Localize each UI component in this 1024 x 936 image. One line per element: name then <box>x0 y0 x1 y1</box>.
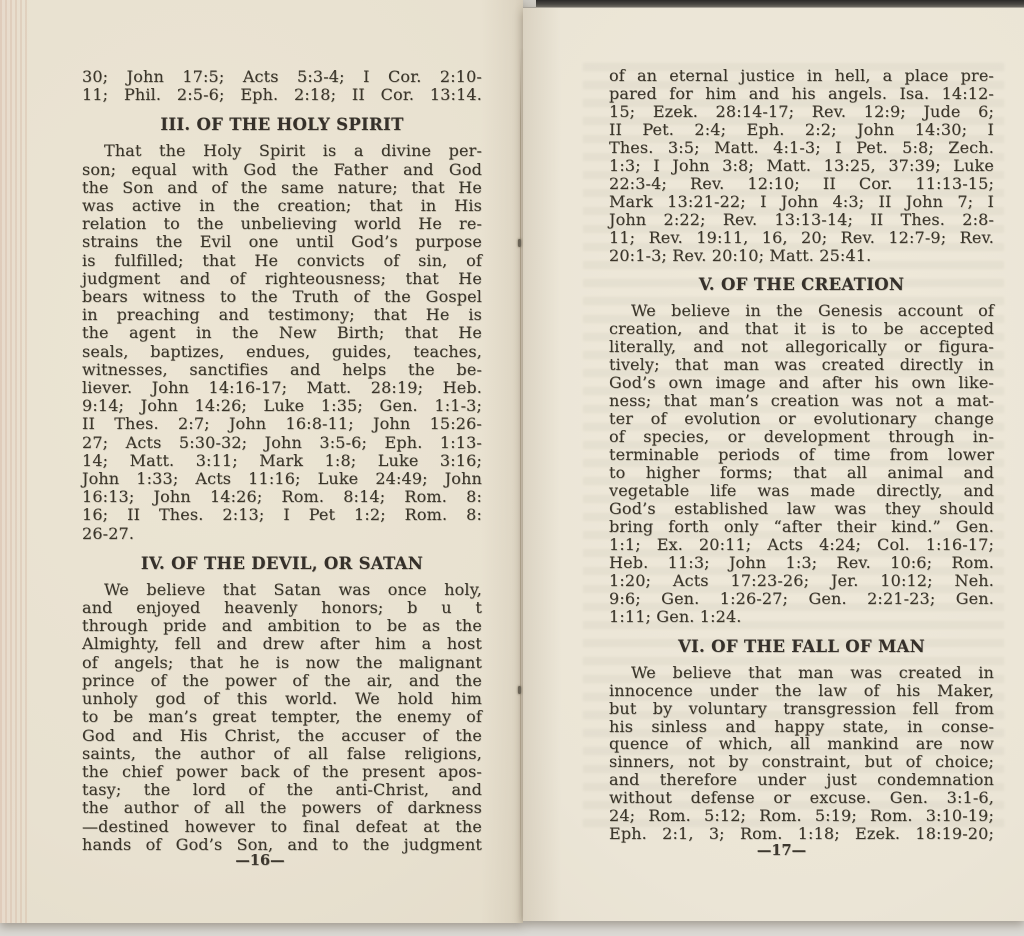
text-line: That the Holy Spirit is a divine per- <box>82 142 482 160</box>
text-line: II Pet. 2:4; Eph. 2:2; John 14:30; I <box>609 121 994 139</box>
staple-top <box>518 239 521 247</box>
text-line: Eph. 2:1, 3; Rom. 1:18; Ezek. 18:19-20; <box>609 825 994 843</box>
text-line: Almighty, fell and drew after him a host <box>82 635 482 653</box>
text-line: unholy god of this world. We hold him <box>82 690 482 708</box>
section-heading: III. OF THE HOLY SPIRIT <box>82 115 482 134</box>
text-line: creation, and that it is to be accepted <box>609 320 994 338</box>
text-line: We believe in the Genesis account of <box>609 302 994 320</box>
text-line: of species, or development through in- <box>609 428 994 446</box>
right-page-text: of an eternal justice in hell, a place p… <box>609 67 994 843</box>
text-line: terminable periods of time from lower <box>609 446 994 464</box>
text-line: strains the Evil one until God’s purpose <box>82 233 482 251</box>
text-line: We believe that Satan was once holy, <box>82 581 482 599</box>
text-line: Heb. 11:3; John 1:3; Rev. 10:6; Rom. <box>609 554 994 572</box>
text-line: to higher forms; that all animal and <box>609 464 994 482</box>
text-line: quence of which, all mankind are now <box>609 735 994 753</box>
text-line: Thes. 3:5; Matt. 4:1-3; I Pet. 5:8; Zech… <box>609 139 994 157</box>
center-fold-crease <box>520 50 521 918</box>
booklet-edge-stripes <box>0 0 30 923</box>
staple-bottom <box>518 686 521 694</box>
text-line: prince of the power of the air, and the <box>82 672 482 690</box>
text-line: 27; Acts 5:30-32; John 3:5-6; Eph. 1:13- <box>82 434 482 452</box>
text-line: God and His Christ, the accuser of the <box>82 727 482 745</box>
paragraph: of an eternal justice in hell, a place p… <box>609 67 994 264</box>
text-line: is fulfilled; that He convicts of sin, o… <box>82 252 482 270</box>
text-line: the Son and of the same nature; that He <box>82 179 482 197</box>
text-line: tively; that man was created directly in <box>609 356 994 374</box>
left-page: 30; John 17:5; Acts 5:3-4; I Cor. 2:10-1… <box>0 0 523 923</box>
text-line: 1:3; I John 3:8; Matt. 13:25, 37:39; Luk… <box>609 157 994 175</box>
text-line: his sinless and happy state, in conse- <box>609 718 994 736</box>
text-line: the author of all the powers of darkness <box>82 799 482 817</box>
text-line: of an eternal justice in hell, a place p… <box>609 67 994 85</box>
text-line: 9:6; Gen. 1:26-27; Gen. 2:21-23; Gen. <box>609 590 994 608</box>
paragraph: 30; John 17:5; Acts 5:3-4; I Cor. 2:10-1… <box>82 68 482 104</box>
text-line: God’s established law was they should <box>609 500 994 518</box>
right-page-number: —17— <box>589 842 974 859</box>
text-line: 26-27. <box>82 525 482 543</box>
text-line: innocence under the law of his Maker, <box>609 682 994 700</box>
text-line: 1:11; Gen. 1:24. <box>609 608 994 626</box>
text-line: 16; II Thes. 2:13; I Pet 1:2; Rom. 8: <box>82 506 482 524</box>
paragraph: We believe in the Genesis account ofcrea… <box>609 302 994 625</box>
section-heading: V. OF THE CREATION <box>609 275 994 294</box>
text-line: God’s own image and after his own like- <box>609 374 994 392</box>
text-line: was active in the creation; that in His <box>82 197 482 215</box>
text-line: tasy; the lord of the anti-Christ, and <box>82 781 482 799</box>
text-line: liever. John 14:16-17; Matt. 28:19; Heb. <box>82 379 482 397</box>
text-line: 22:3-4; Rev. 12:10; II Cor. 11:13-15; <box>609 175 994 193</box>
text-line: 20:1-3; Rev. 20:10; Matt. 25:41. <box>609 247 994 265</box>
left-page-text: 30; John 17:5; Acts 5:3-4; I Cor. 2:10-1… <box>82 68 482 854</box>
text-line: 9:14; John 14:26; Luke 1:35; Gen. 1:1-3; <box>82 397 482 415</box>
text-line: bring forth only “after their kind.” Gen… <box>609 518 994 536</box>
text-line: 15; Ezek. 28:14-17; Rev. 12:9; Jude 6; <box>609 103 994 121</box>
text-line: sinners, not by constraint, but of choic… <box>609 753 994 771</box>
section-heading: VI. OF THE FALL OF MAN <box>609 637 994 656</box>
right-page: of an eternal justice in hell, a place p… <box>523 7 1024 921</box>
text-line: 11; Rev. 19:11, 16, 20; Rev. 12:7-9; Rev… <box>609 229 994 247</box>
paragraph: That the Holy Spirit is a divine per-son… <box>82 142 482 542</box>
text-line: judgment and of righteousness; that He <box>82 270 482 288</box>
text-line: of angels; that he is now the malignant <box>82 654 482 672</box>
text-line: but by voluntary transgression fell from <box>609 700 994 718</box>
text-line: the agent in the New Birth; that He <box>82 324 482 342</box>
text-line: 1:1; Ex. 20:11; Acts 4:24; Col. 1:16-17; <box>609 536 994 554</box>
text-line: Mark 13:21-22; I John 4:3; II John 7; I <box>609 193 994 211</box>
text-line: 24; Rom. 5:12; Rom. 5:19; Rom. 3:10-19; <box>609 807 994 825</box>
text-line: literally, and not allegorically or figu… <box>609 338 994 356</box>
open-booklet-scan: 30; John 17:5; Acts 5:3-4; I Cor. 2:10-1… <box>0 0 1024 936</box>
text-line: in preaching and testimony; that He is <box>82 306 482 324</box>
text-line: seals, baptizes, endues, guides, teaches… <box>82 343 482 361</box>
text-line: ter of evolution or evolutionary change <box>609 410 994 428</box>
text-line: and enjoyed heavenly honors; b u t <box>82 599 482 617</box>
paragraph: We believe that man was created ininnoce… <box>609 664 994 844</box>
left-page-number: —16— <box>60 852 460 869</box>
text-line: without defense or excuse. Gen. 3:1-6, <box>609 789 994 807</box>
section-heading: IV. OF THE DEVIL, OR SATAN <box>82 554 482 573</box>
text-line: vegetable life was made directly, and <box>609 482 994 500</box>
text-line: 30; John 17:5; Acts 5:3-4; I Cor. 2:10- <box>82 68 482 86</box>
scanner-bed-strip <box>536 0 1024 7</box>
text-line: son; equal with God the Father and God <box>82 161 482 179</box>
text-line: through pride and ambition to be as the <box>82 617 482 635</box>
text-line: witnesses, sanctifies and helps the be- <box>82 361 482 379</box>
text-line: 1:20; Acts 17:23-26; Jer. 10:12; Neh. <box>609 572 994 590</box>
text-line: relation to the unbelieving world He re- <box>82 215 482 233</box>
text-line: John 2:22; Rev. 13:13-14; II Thes. 2:8- <box>609 211 994 229</box>
text-line: saints, the author of all false religion… <box>82 745 482 763</box>
text-line: the chief power back of the present apos… <box>82 763 482 781</box>
text-line: 16:13; John 14:26; Rom. 8:14; Rom. 8: <box>82 488 482 506</box>
text-line: —destined however to final defeat at the <box>82 818 482 836</box>
text-line: ness; that man’s creation was not a mat- <box>609 392 994 410</box>
text-line: II Thes. 2:7; John 16:8-11; John 15:26- <box>82 415 482 433</box>
text-line: pared for him and his angels. Isa. 14:12… <box>609 85 994 103</box>
text-line: We believe that man was created in <box>609 664 994 682</box>
text-line: 11; Phil. 2:5-6; Eph. 2:18; II Cor. 13:1… <box>82 86 482 104</box>
text-line: 14; Matt. 3:11; Mark 1:8; Luke 3:16; <box>82 452 482 470</box>
text-line: to be man’s great tempter, the enemy of <box>82 708 482 726</box>
text-line: bears witness to the Truth of the Gospel <box>82 288 482 306</box>
paragraph: We believe that Satan was once holy,and … <box>82 581 482 854</box>
text-line: and therefore under just condemnation <box>609 771 994 789</box>
text-line: John 1:33; Acts 11:16; Luke 24:49; John <box>82 470 482 488</box>
